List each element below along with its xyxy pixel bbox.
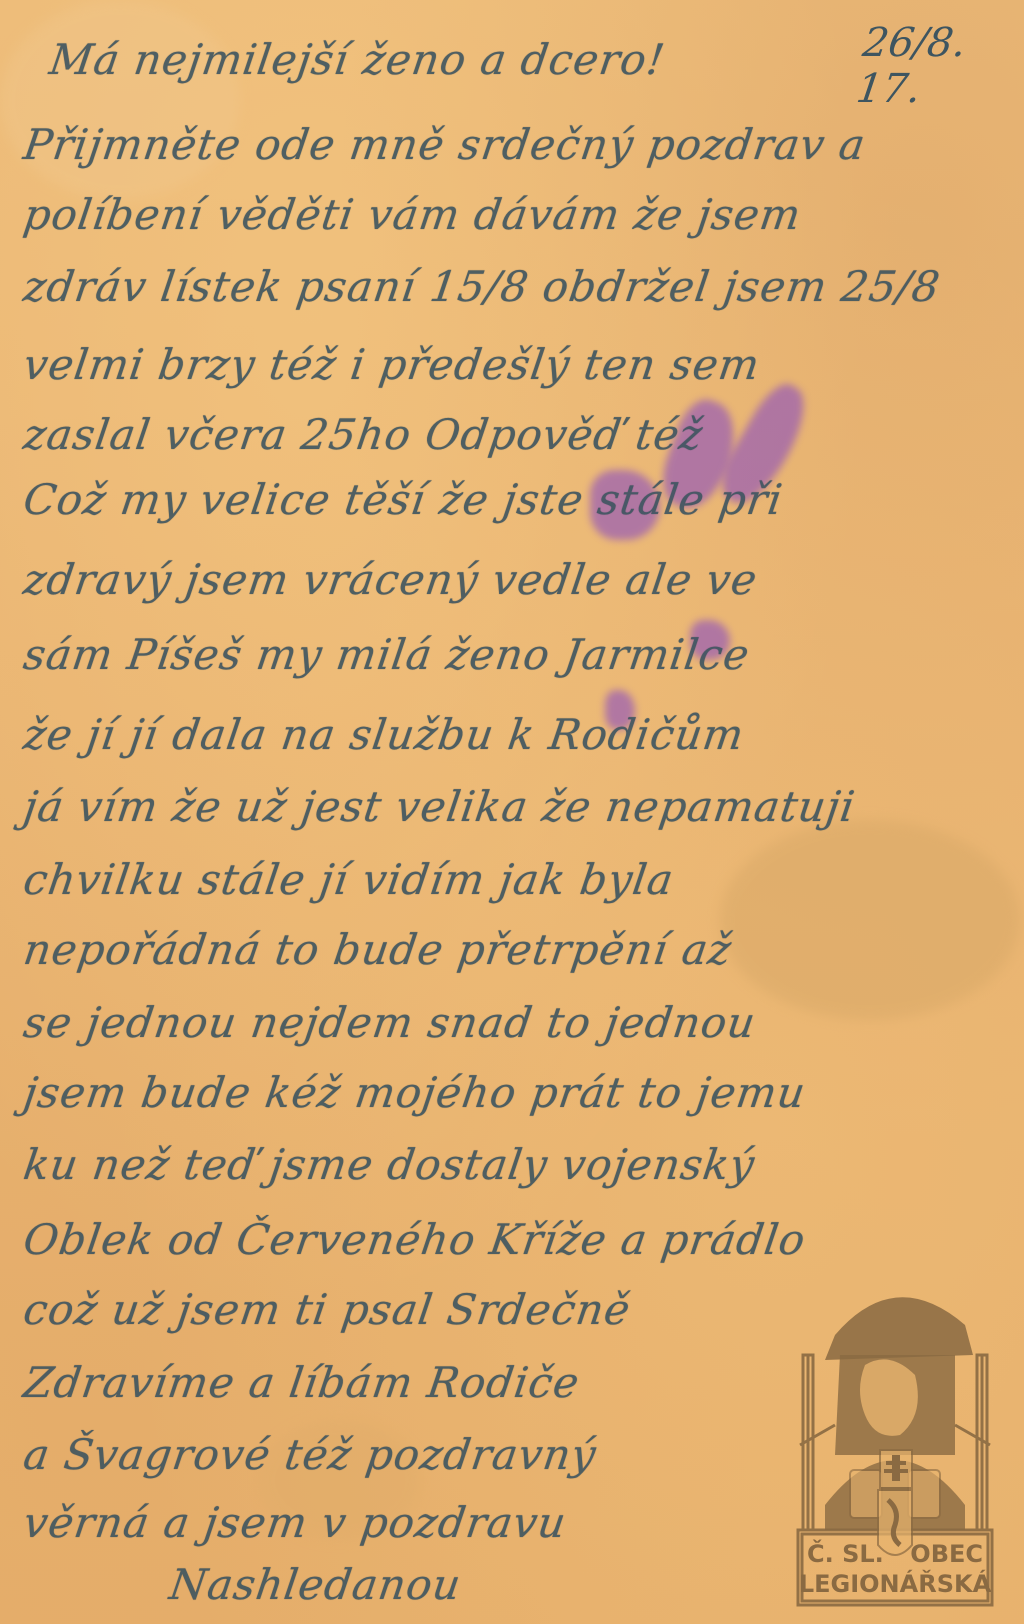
letter-line: zaslal včera 25ho Odpověď též: [21, 410, 707, 459]
logo-text-legionarska: LEGIONÁŘSKÁ: [795, 1570, 995, 1598]
letter-line: věrná a jsem v pozdravu: [21, 1498, 570, 1547]
letter-line: zdravý jsem vrácený vedle ale ve: [21, 555, 761, 604]
letter-line: ku než teď jsme dostaly vojenský: [21, 1140, 759, 1189]
letter-line: Zdravíme a líbám Rodiče: [21, 1358, 583, 1407]
logo-text-obec: OBEC: [910, 1540, 983, 1568]
paper-stain: [720, 820, 1020, 1020]
letter-line: já vím že už jest velika že nepamatuji: [21, 782, 859, 831]
letter-line: sám Píšeš my milá ženo Jarmilce: [21, 630, 753, 679]
letter-line: Přijmněte ode mně srdečný pozdrav a: [21, 120, 869, 169]
letter-line: což už jsem ti psal Srdečně: [21, 1285, 634, 1334]
paper-stain: [0, 0, 240, 200]
letter-line-salutation: Má nejmilejší ženo a dcero!: [47, 35, 669, 84]
letter-line: že jí jí dala na službu k Rodičům: [21, 710, 748, 759]
letter-line: políbení věděti vám dávám že jsem: [21, 190, 805, 239]
letter-line: chvilku stále jí vidím jak byla: [21, 855, 677, 904]
letter-line: se jednou nejdem snad to jednou: [21, 998, 760, 1047]
letter-date: 26/8. 17.: [854, 20, 1024, 112]
letter-line: Oblek od Červeného Kříže a prádlo: [21, 1215, 809, 1264]
letter-line: a Švagrové též pozdravný: [21, 1430, 600, 1479]
letter-line: zdráv lístek psaní 15/8 obdržel jsem 25/…: [21, 262, 944, 311]
letter-line-closing: Nashledanou: [167, 1560, 465, 1609]
logo-text-line1: Č. SL. OBEC: [795, 1540, 995, 1568]
letter-line: nepořádná to bude přetrpění až: [21, 925, 735, 974]
letter-line: Což my velice těší že jste stále při: [21, 475, 786, 524]
letter-line: velmi brzy též i předešlý ten sem: [21, 340, 764, 389]
logo-text-csl: Č. SL.: [807, 1540, 884, 1568]
legionnaire-association-logo: Č. SL. OBEC LEGIONÁŘSKÁ: [795, 1265, 995, 1610]
letter-line: jsem bude kéž mojého prát to jemu: [21, 1068, 809, 1117]
